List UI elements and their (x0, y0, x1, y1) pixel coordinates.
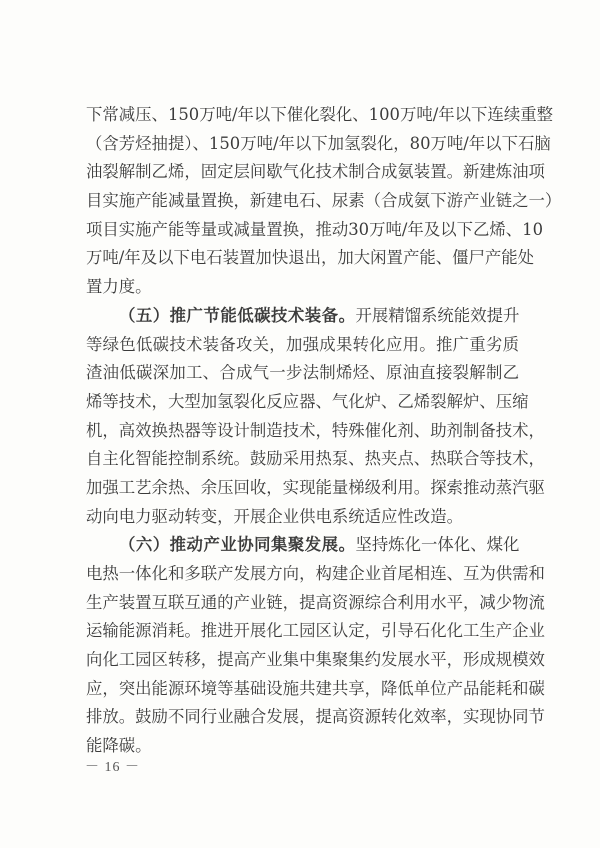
body-text: 下常减压、150万吨/年以下催化裂化、100万吨/年以下连续重整 （含芳烃抽提）… (86, 101, 519, 761)
text-line: 电热一体化和多联产发展方向，构建企业首尾相连、互为供需和 (86, 560, 519, 589)
text-line: 等绿色低碳技术装备攻关，加强成果转化应用。推广重劣质 (86, 331, 519, 360)
text-line: 下常减压、150万吨/年以下催化裂化、100万吨/年以下连续重整 (86, 101, 519, 130)
text-line: （含芳烃抽提）、150万吨/年以下加氢裂化，80万吨/年以下石脑 (86, 130, 519, 159)
section-6-first-line-text: 坚持炼化一体化、煤化 (355, 535, 519, 554)
document-page: 下常减压、150万吨/年以下催化裂化、100万吨/年以下连续重整 （含芳烃抽提）… (0, 0, 600, 848)
text-line: 向化工园区转移，提高产业集中集聚集约发展水平，形成规模效 (86, 646, 519, 675)
text-line: 置力度。 (86, 273, 519, 302)
text-line: 渣油低碳深加工、合成气一步法制烯烃、原油直接裂解制乙 (86, 359, 519, 388)
section-heading-5: （五）推广节能低碳技术装备。 (119, 306, 355, 325)
text-line: 油裂解制乙烯，固定层间歇气化技术制合成氨装置。新建炼油项 (86, 158, 519, 187)
text-line: 万吨/年及以下电石装置加快退出，加大闲置产能、僵尸产能处 (86, 244, 519, 273)
text-line: 项目实施产能等量或减量置换，推动30万吨/年及以下乙烯、10 (86, 216, 519, 245)
text-line: 机，高效换热器等设计制造技术，特殊催化剂、助剂制备技术， (86, 417, 519, 446)
text-line: 应，突出能源环境等基础设施共建共享，降低单位产品能耗和碳 (86, 675, 519, 704)
section-5-first-line-text: 开展精馏系统能效提升 (355, 306, 519, 325)
text-line: 生产装置互联互通的产业链，提高资源综合利用水平，减少物流 (86, 589, 519, 618)
section-6-first-line: （六）推动产业协同集聚发展。坚持炼化一体化、煤化 (86, 531, 519, 560)
text-line: 运输能源消耗。推进开展化工园区认定，引导石化化工生产企业 (86, 617, 519, 646)
text-line: 排放。鼓励不同行业融合发展，提高资源转化效率，实现协同节 (86, 703, 519, 732)
text-line: 动向电力驱动转变，开展企业供电系统适应性改造。 (86, 503, 519, 532)
text-line: 烯等技术，大型加氢裂化反应器、气化炉、乙烯裂解炉、压缩 (86, 388, 519, 417)
text-line: 加强工艺余热、余压回收，实现能量梯级利用。探索推动蒸汽驱 (86, 474, 519, 503)
text-line: 目实施产能减量置换，新建电石、尿素（合成氨下游产业链之一） (86, 187, 519, 216)
section-heading-6: （六）推动产业协同集聚发展。 (119, 535, 355, 554)
text-line: 能降碳。 (86, 732, 519, 761)
text-line: 自主化智能控制系统。鼓励采用热泵、热夹点、热联合等技术， (86, 445, 519, 474)
section-5-first-line: （五）推广节能低碳技术装备。开展精馏系统能效提升 (86, 302, 519, 331)
page-number: － 16 － (85, 756, 140, 776)
